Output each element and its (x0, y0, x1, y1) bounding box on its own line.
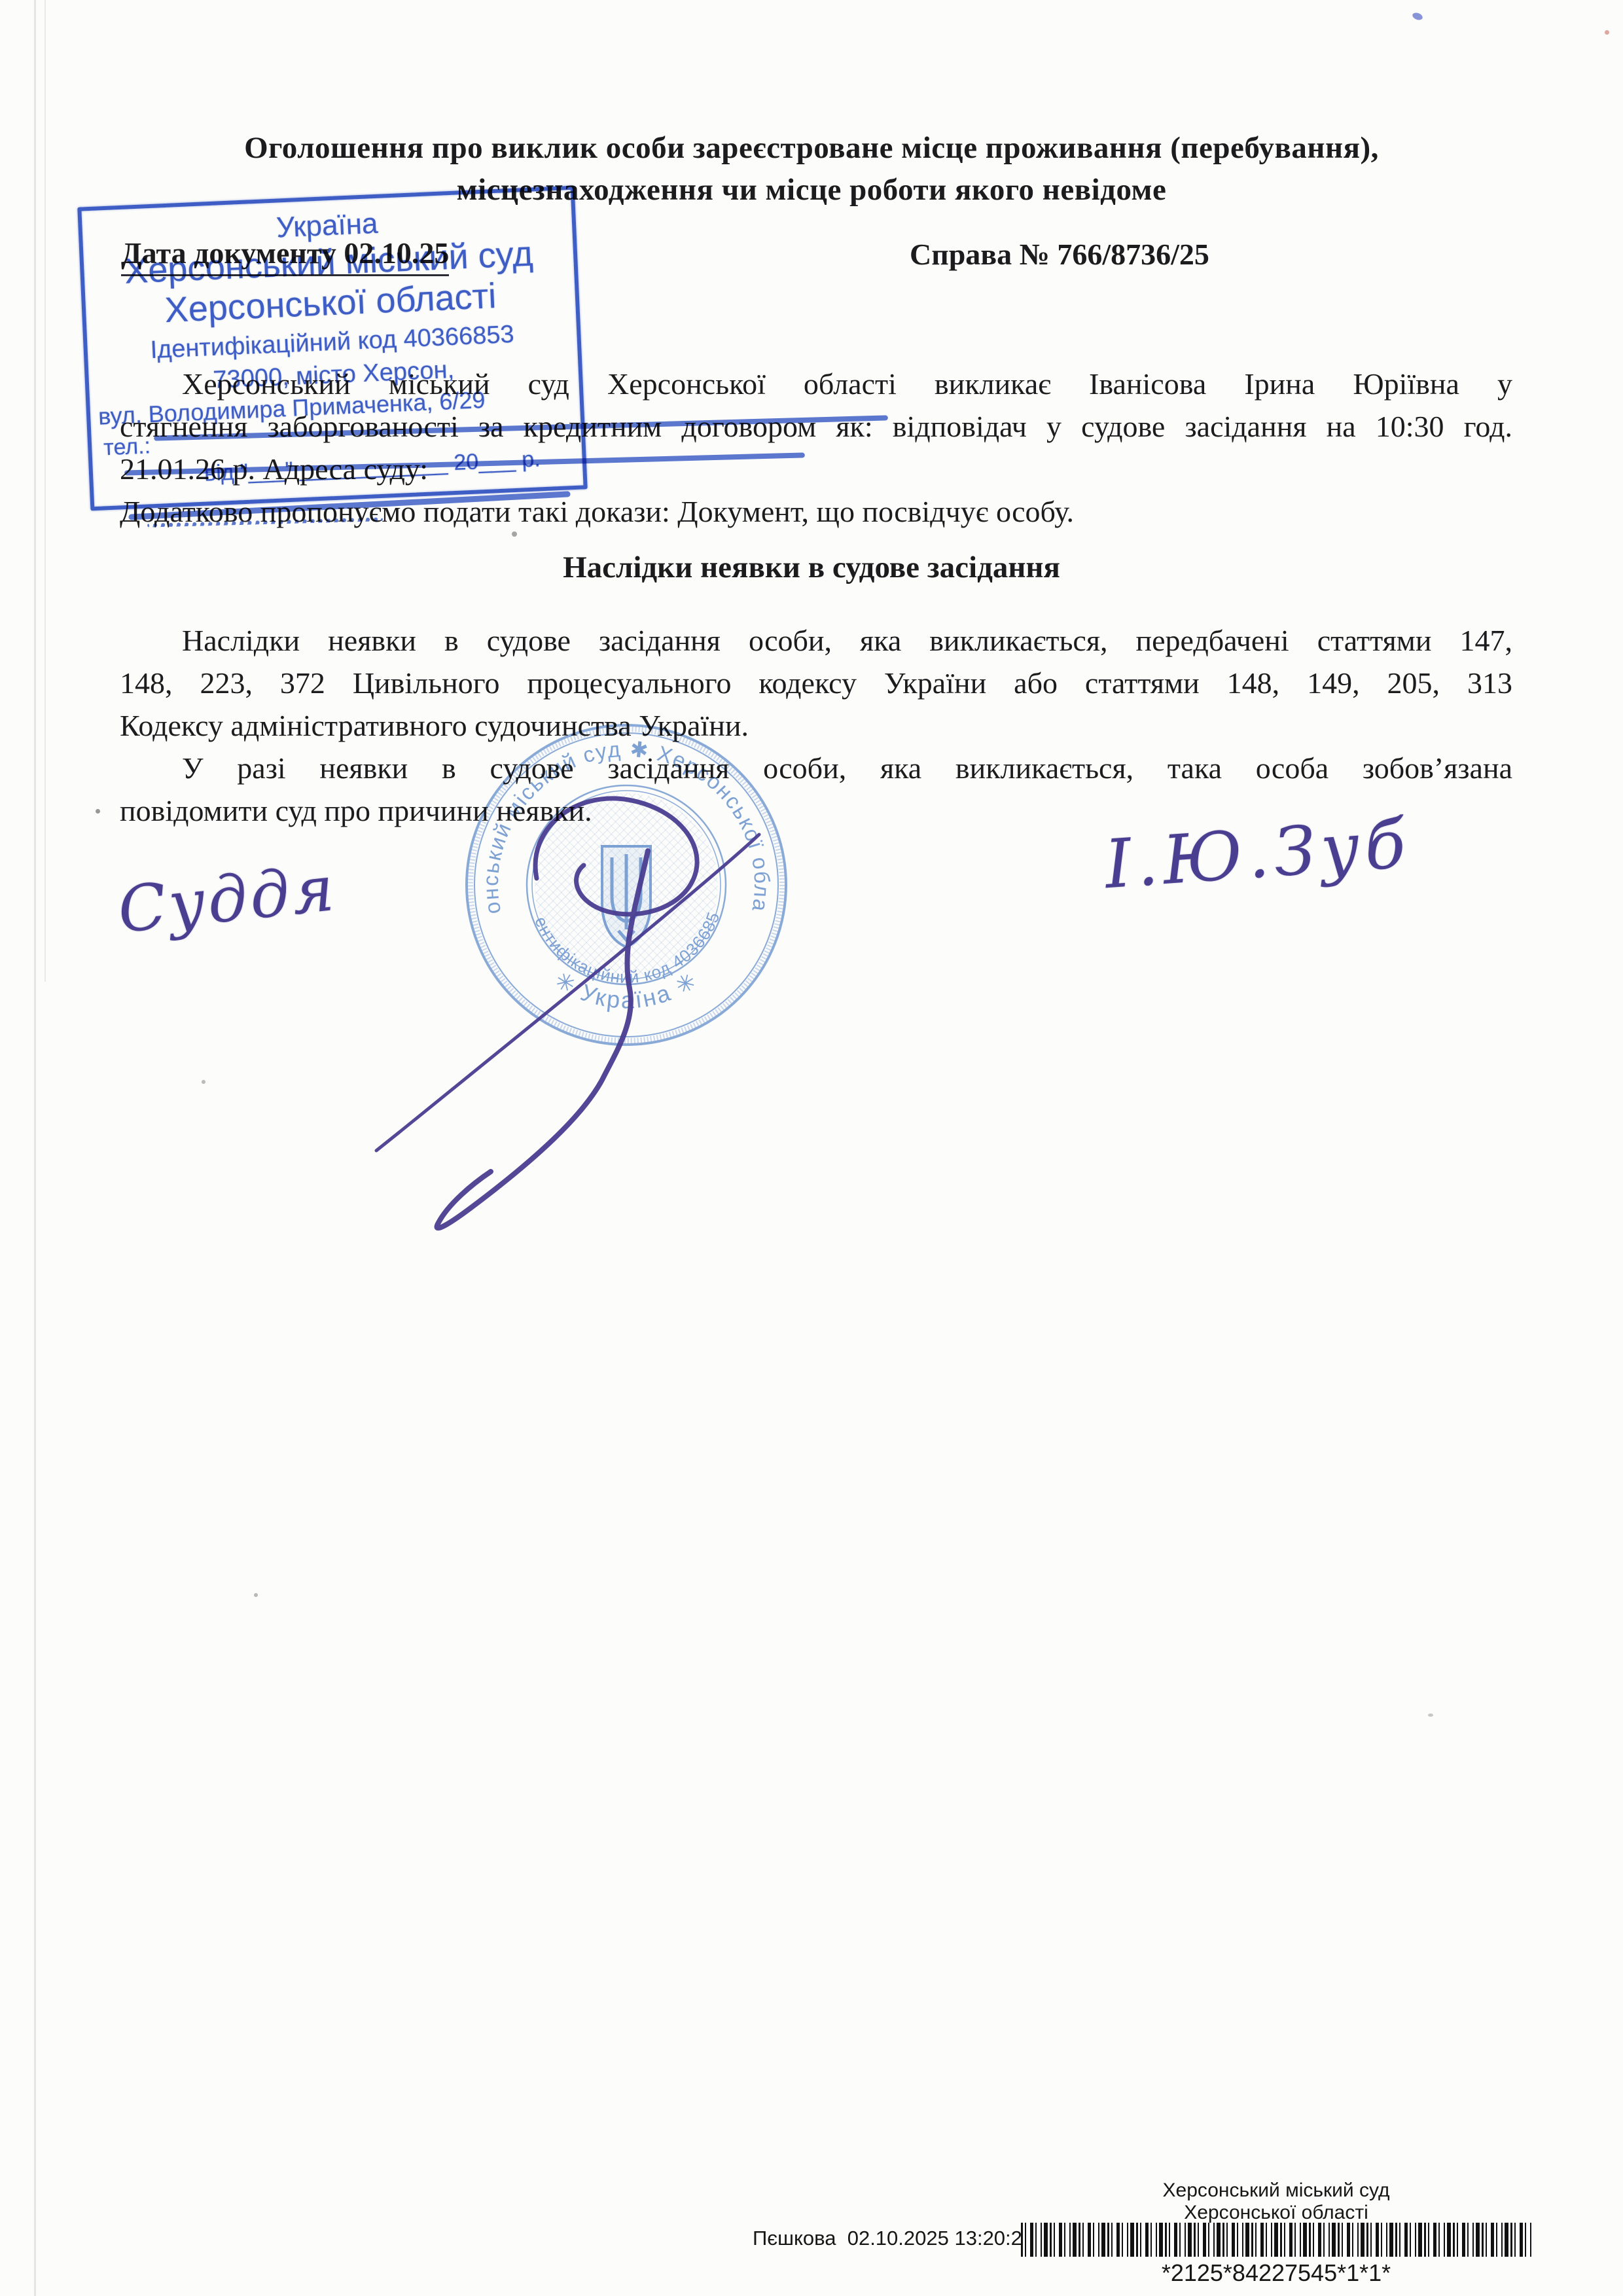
section-par1-line: Наслідки неявки в судове засідання особи… (120, 620, 1512, 661)
dust-speck (1428, 1713, 1433, 1717)
round-court-seal: Херсонський міський суд ✱ Херсонської об… (340, 713, 825, 1293)
dust-speck (512, 531, 517, 537)
judge-handwritten-word: Суддя (115, 852, 340, 947)
footer-court-line2: Херсонської області (1086, 2202, 1466, 2224)
case-number: Справа № 766/8736/25 (910, 237, 1209, 272)
scanned-court-document: Оголошення про виклик особи зареєстрован… (0, 0, 1623, 2296)
dust-speck (254, 1593, 258, 1597)
footer-court-line1: Херсонський міський суд (1086, 2179, 1466, 2202)
document-title-line1: Оголошення про виклик особи зареєстрован… (0, 128, 1623, 168)
red-speck (1605, 30, 1609, 35)
section-heading: Наслідки неявки в судове засідання (0, 550, 1623, 585)
footer-barcode (1021, 2223, 1533, 2257)
dust-speck (96, 809, 100, 814)
scan-crease-line (34, 0, 36, 2296)
footer-barcode-text: *2125*84227545*1*1* (1086, 2259, 1466, 2287)
dust-speck (202, 1080, 205, 1084)
footer-operator-timestamp: Пєшкова 02.10.2025 13:20:23 (753, 2227, 1033, 2250)
section-par1-line: 148, 223, 372 Цивільного процесуального … (120, 663, 1512, 704)
ink-speck (1412, 12, 1423, 22)
